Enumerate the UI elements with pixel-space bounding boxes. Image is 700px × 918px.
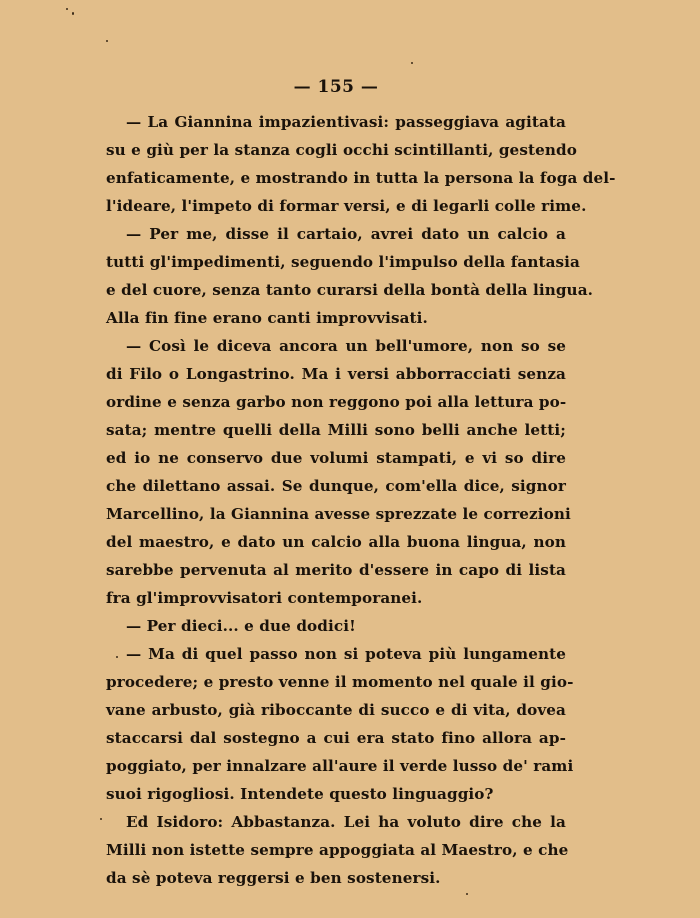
scan-speck xyxy=(66,8,68,10)
page-number: — 155 — xyxy=(106,74,566,108)
text-line: staccarsi dal sostegno a cui era stato f… xyxy=(106,724,566,752)
scan-speck xyxy=(106,40,108,42)
text-line: sarebbe pervenuta al merito d'essere in … xyxy=(106,556,566,584)
text-line: Milli non istette sempre appoggiata al M… xyxy=(106,836,566,864)
page-text-body: — La Giannina impazientivasi: passeggiav… xyxy=(106,108,566,892)
text-line: Alla fin fine erano canti improvvisati. xyxy=(106,304,566,332)
text-line: fra gl'improvvisatori contemporanei. xyxy=(106,584,566,612)
text-line: di Filo o Longastrino. Ma i versi abborr… xyxy=(106,360,566,388)
text-line: tutti gl'impedimenti, seguendo l'impulso… xyxy=(106,248,566,276)
scan-speck xyxy=(466,893,468,895)
scan-speck xyxy=(72,12,74,15)
text-line: vane arbusto, già riboccante di succo e … xyxy=(106,696,566,724)
text-line: che dilettano assai. Se dunque, com'ella… xyxy=(106,472,566,500)
text-line: e del cuore, senza tanto curarsi della b… xyxy=(106,276,566,304)
text-line: ordine e senza garbo non reggono poi all… xyxy=(106,388,566,416)
text-line: — Così le diceva ancora un bell'umore, n… xyxy=(106,332,566,360)
text-line: Ed Isidoro: Abbastanza. Lei ha voluto di… xyxy=(106,808,566,836)
text-line: suoi rigogliosi. Intendete questo lingua… xyxy=(106,780,566,808)
scan-speck xyxy=(100,818,102,820)
text-line: l'ideare, l'impeto di formar versi, e di… xyxy=(106,192,566,220)
text-line: su e giù per la stanza cogli occhi scint… xyxy=(106,136,566,164)
text-line: ed io ne conservo due volumi stampati, e… xyxy=(106,444,566,472)
text-line: — La Giannina impazientivasi: passeggiav… xyxy=(106,108,566,136)
text-line: — Ma di quel passo non si poteva più lun… xyxy=(106,640,566,668)
text-line: sata; mentre quelli della Milli sono bel… xyxy=(106,416,566,444)
text-line: da sè poteva reggersi e ben sostenersi. xyxy=(106,864,566,892)
text-line: del maestro, e dato un calcio alla buona… xyxy=(106,528,566,556)
text-line: procedere; e presto venne il momento nel… xyxy=(106,668,566,696)
text-line: enfaticamente, e mostrando in tutta la p… xyxy=(106,164,566,192)
scan-speck xyxy=(116,656,118,658)
text-line: poggiato, per innalzare all'aure il verd… xyxy=(106,752,566,780)
text-line: — Per me, disse il cartaio, avrei dato u… xyxy=(106,220,566,248)
text-line: — Per dieci... e due dodici! xyxy=(106,612,566,640)
scan-speck xyxy=(411,62,413,64)
text-line: Marcellino, la Giannina avesse sprezzate… xyxy=(106,500,566,528)
book-page: — 155 — — La Giannina impazientivasi: pa… xyxy=(106,74,566,892)
